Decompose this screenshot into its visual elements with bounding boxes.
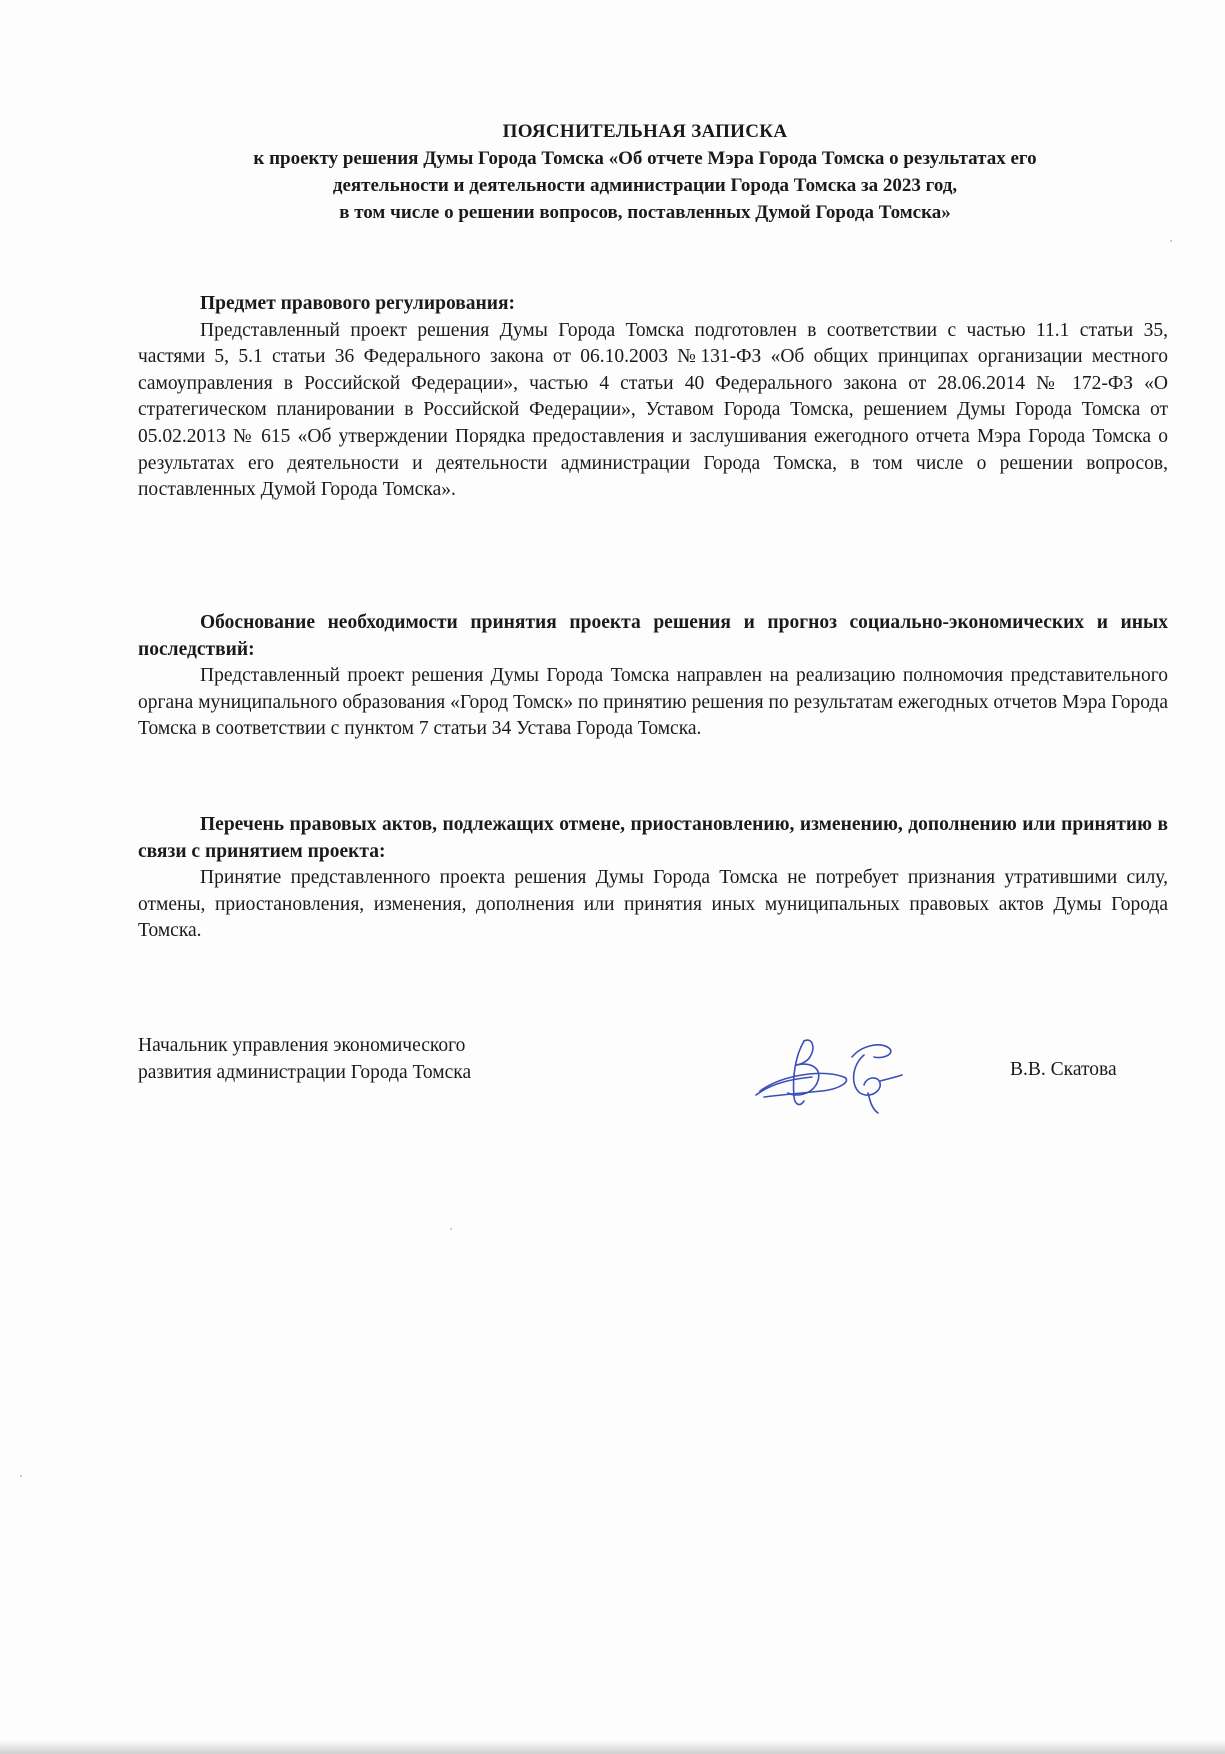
handwritten-signature-icon (752, 1035, 922, 1117)
section-justification: Обоснование необходимости принятия проек… (138, 610, 1168, 743)
signer-position: Начальник управления экономического разв… (138, 1032, 471, 1086)
section-heading: Перечень правовых актов, подлежащих отме… (138, 812, 1168, 865)
scan-speck (20, 1475, 22, 1477)
document-page: ПОЯСНИТЕЛЬНАЯ ЗАПИСКА к проекту решения … (0, 0, 1225, 1754)
section-body: Представленный проект решения Думы Город… (138, 318, 1168, 504)
scan-speck (450, 1228, 452, 1230)
title-block: ПОЯСНИТЕЛЬНАЯ ЗАПИСКА к проекту решения … (135, 118, 1155, 226)
section-heading: Обоснование необходимости принятия проек… (138, 610, 1168, 663)
section-legal-regulation: Предмет правового регулирования: Предста… (138, 291, 1168, 504)
section-body: Принятие представленного проекта решения… (138, 865, 1168, 945)
document-subtitle-line-3: в том числе о решении вопросов, поставле… (135, 199, 1155, 226)
section-legal-acts-list: Перечень правовых актов, подлежащих отме… (138, 812, 1168, 945)
section-body: Представленный проект решения Думы Город… (138, 663, 1168, 743)
scan-speck (1170, 240, 1172, 242)
signer-position-line-2: развития администрации Города Томска (138, 1059, 471, 1086)
document-title: ПОЯСНИТЕЛЬНАЯ ЗАПИСКА (135, 118, 1155, 145)
document-subtitle-line-2: деятельности и деятельности администраци… (135, 172, 1155, 199)
document-subtitle-line-1: к проекту решения Думы Города Томска «Об… (135, 145, 1155, 172)
signer-name: В.В. Скатова (1010, 1059, 1117, 1081)
section-heading: Предмет правового регулирования: (138, 291, 1168, 318)
scan-bottom-edge (0, 1740, 1225, 1754)
signer-position-line-1: Начальник управления экономического (138, 1032, 471, 1059)
